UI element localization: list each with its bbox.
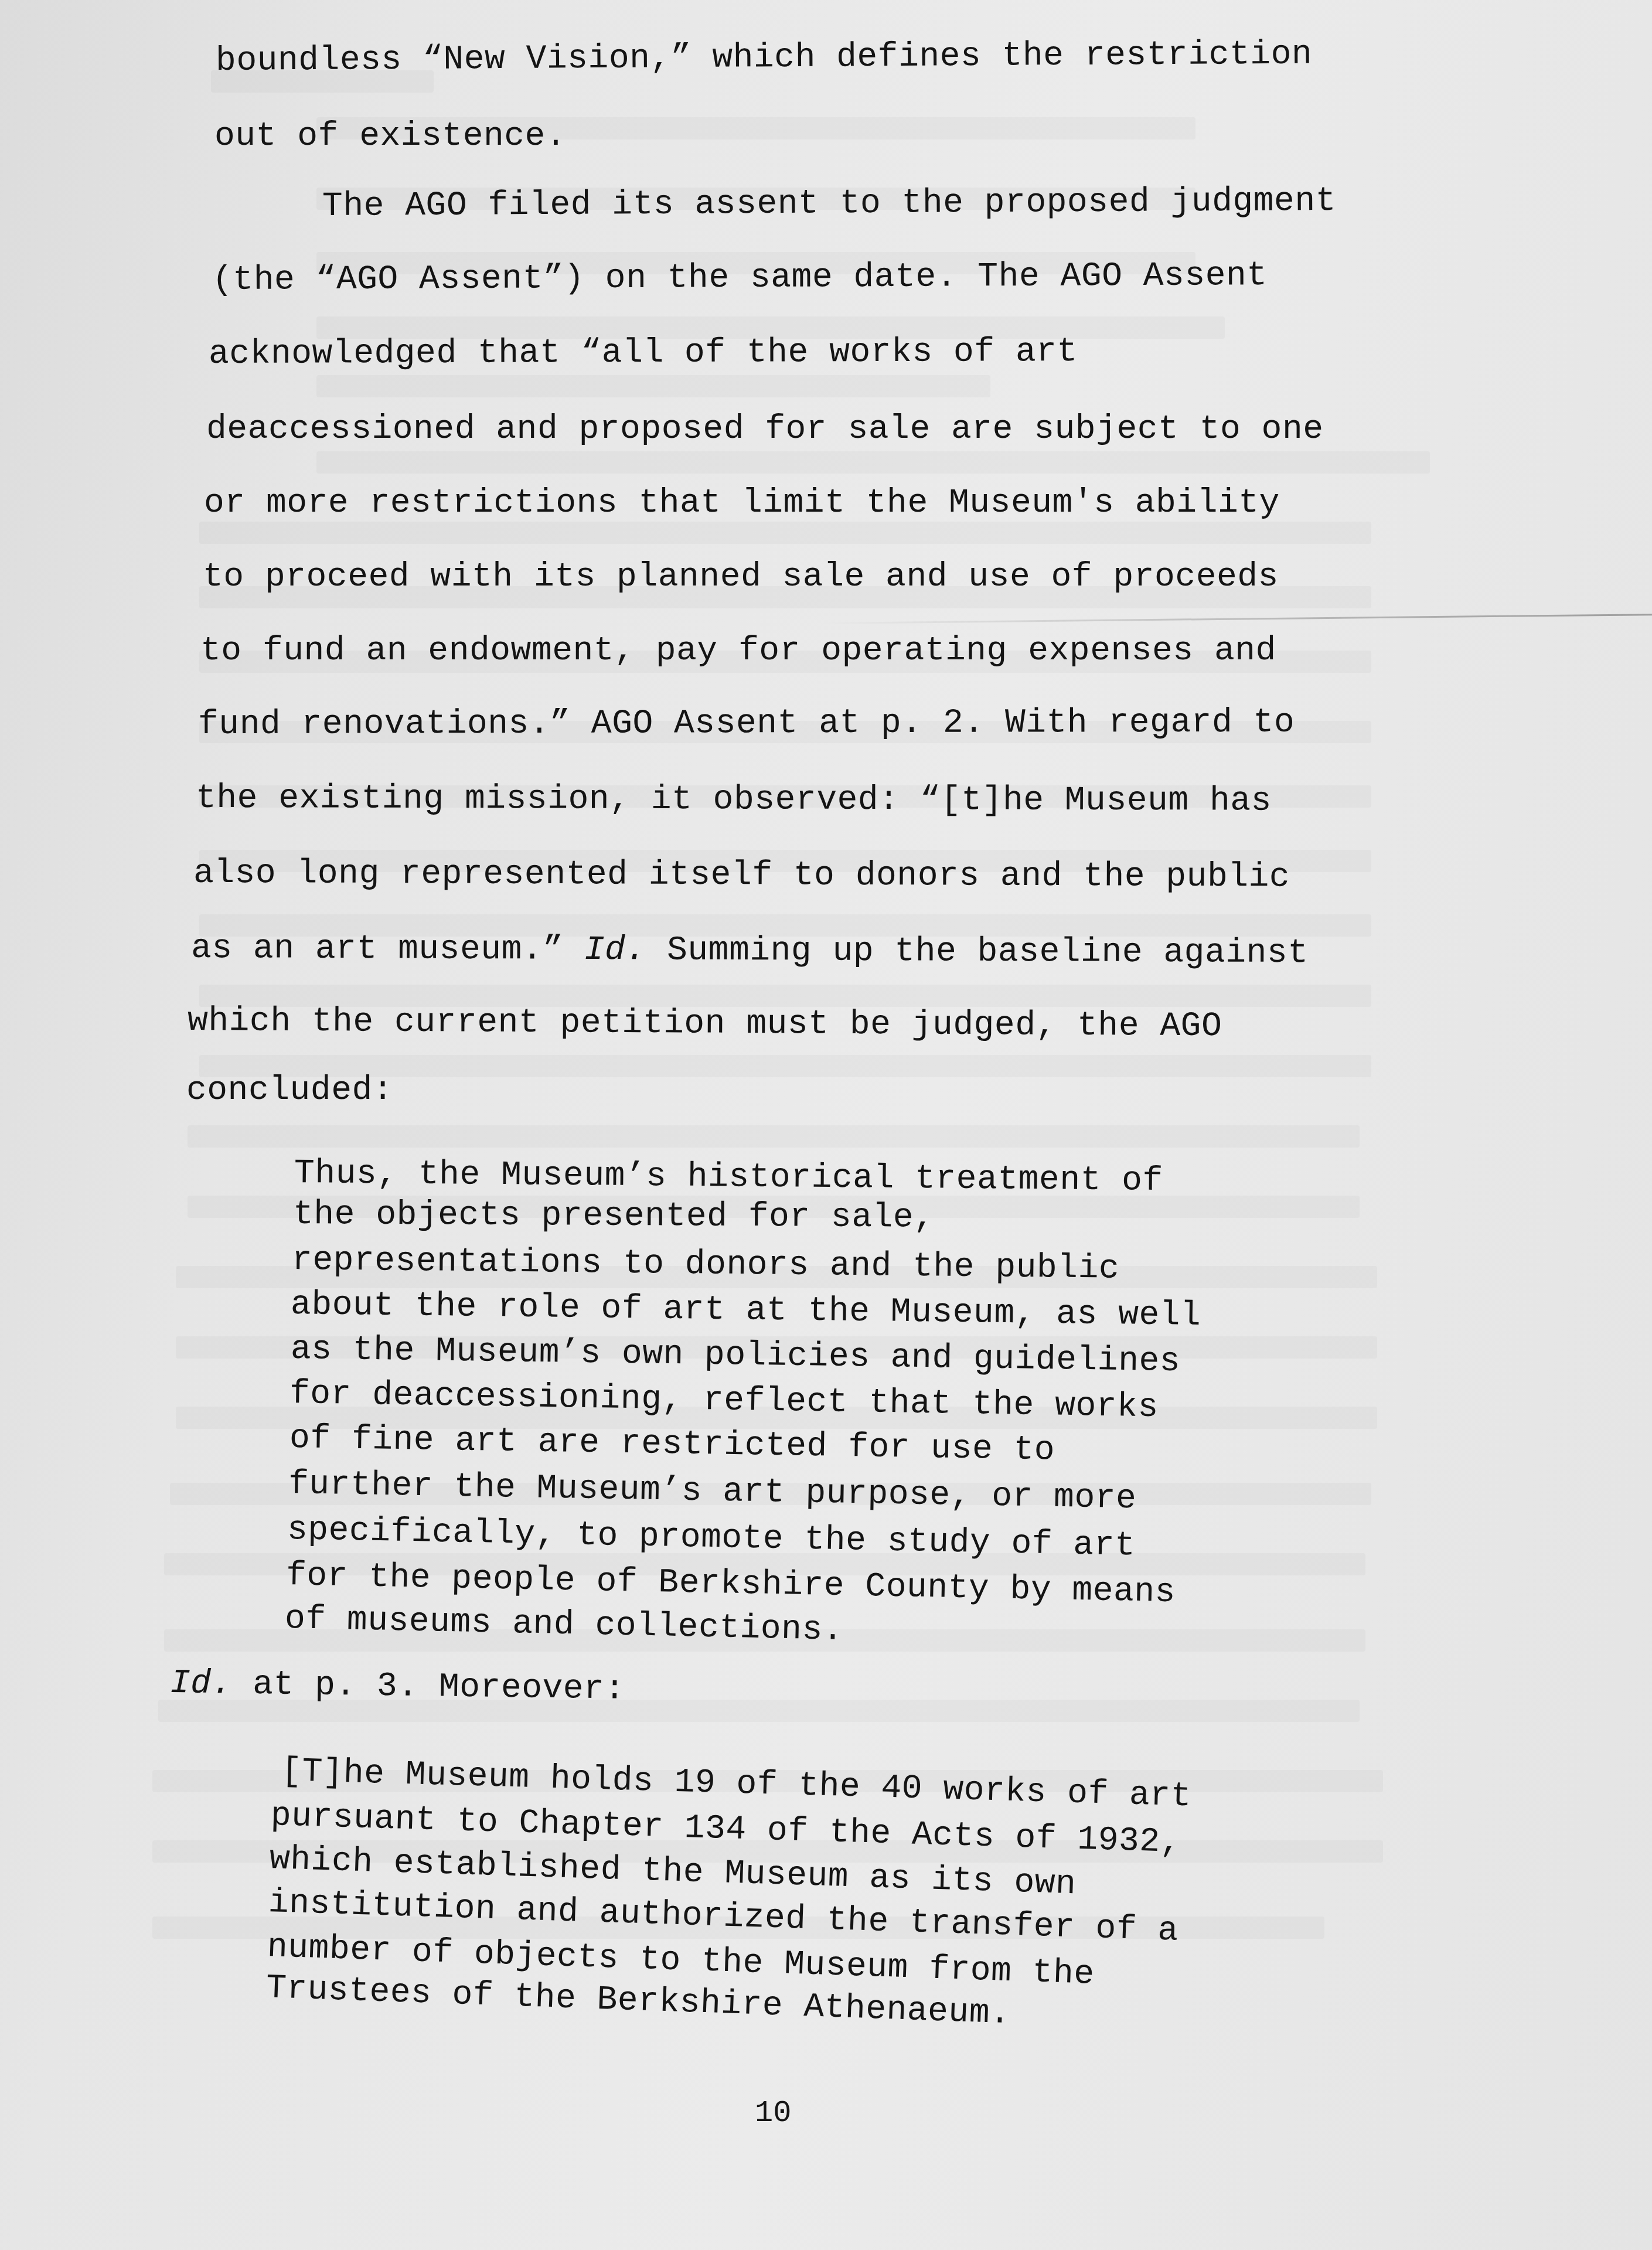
text-line: also long represented itself to donors a…: [193, 855, 1290, 897]
text-line: the existing mission, it observed: “[t]h…: [196, 779, 1272, 821]
citation-line: Id. at p. 3. Moreover:: [170, 1664, 626, 1709]
text-line: concluded:: [186, 1071, 393, 1109]
text-segment: Summing up the baseline against: [646, 931, 1309, 972]
text-line: boundless “New Vision,” which defines th…: [216, 36, 1313, 80]
quote-line: for deaccessioning, reflect that the wor…: [289, 1375, 1159, 1427]
text-line: as an art museum.” Id. Summing up the ba…: [191, 930, 1309, 972]
paper-crease: [820, 614, 1652, 624]
quote-line: Thus, the Museum’s historical treatment …: [294, 1155, 1163, 1200]
text-segment: at p. 3. Moreover:: [231, 1665, 625, 1708]
quote-line: of museums and collections.: [284, 1600, 843, 1650]
text-segment: as an art museum.”: [191, 930, 564, 969]
text-line: to fund an endowment, pay for operating …: [200, 632, 1276, 670]
text-line: acknowledged that “all of the works of a…: [209, 333, 1078, 373]
text-line: or more restrictions that limit the Muse…: [204, 484, 1280, 522]
quote-line: representations to donors and the public: [292, 1241, 1120, 1288]
document-page: boundless “New Vision,” which defines th…: [0, 0, 1652, 2250]
quote-line: as the Museum’s own policies and guideli…: [291, 1330, 1181, 1381]
page-number: 10: [755, 2096, 791, 2130]
text-line: (the “AGO Assent”) on the same date. The…: [212, 257, 1268, 299]
quote-line: of fine art are restricted for use to: [289, 1420, 1055, 1470]
quote-line: specifically, to promote the study of ar…: [287, 1511, 1136, 1565]
text-line: to proceed with its planned sale and use…: [203, 558, 1279, 596]
id-citation: Id.: [170, 1664, 233, 1703]
text-line: which the current petition must be judge…: [188, 1002, 1222, 1046]
id-citation: Id.: [584, 931, 646, 969]
text-line: The AGO filed its assent to the proposed…: [322, 182, 1336, 226]
text-line: out of existence.: [214, 117, 566, 155]
quote-line: the objects presented for sale,: [293, 1196, 935, 1237]
text-line: fund renovations.” AGO Assent at p. 2. W…: [198, 704, 1295, 744]
quote-line: further the Museum’s art purpose, or mor…: [288, 1465, 1136, 1518]
quote-line: about the role of art at the Museum, as …: [291, 1286, 1201, 1335]
text-line: deaccessioned and proposed for sale are …: [206, 410, 1324, 448]
